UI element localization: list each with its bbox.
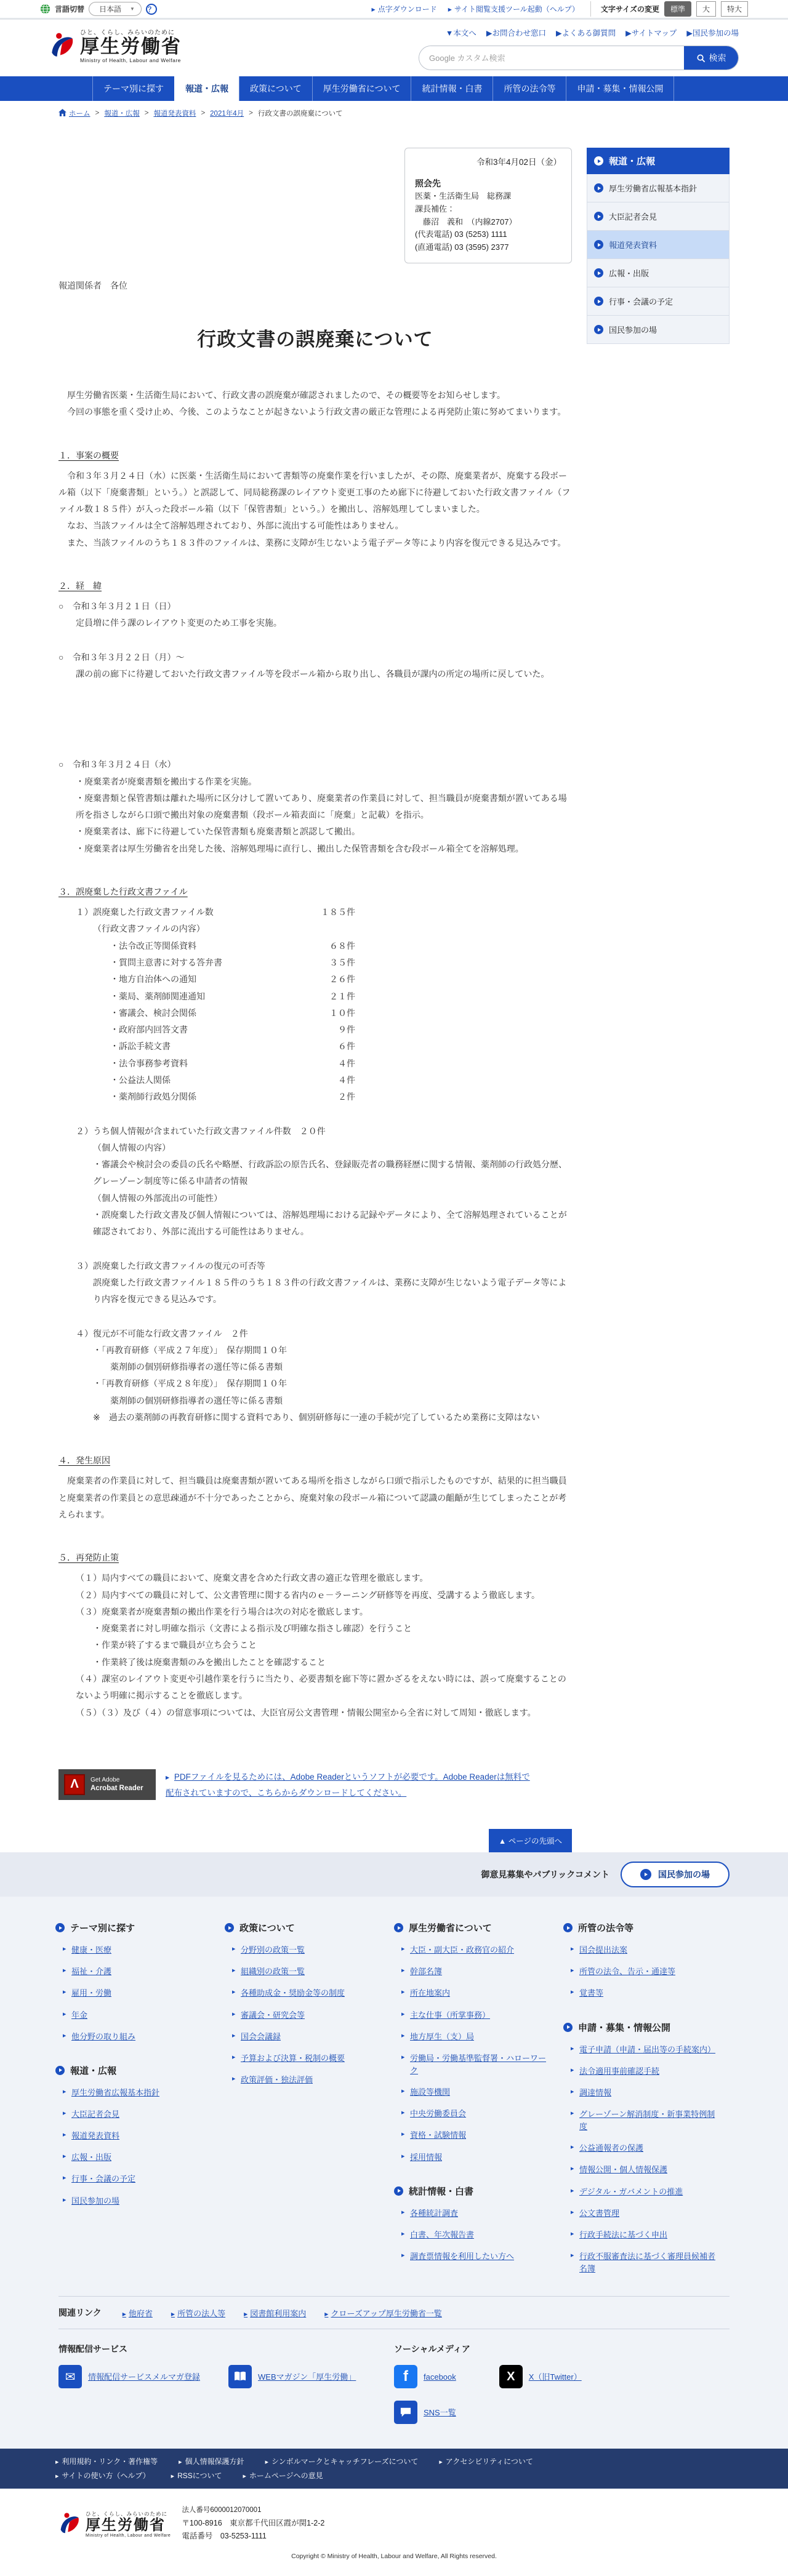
body-paragraph: なお、当該ファイルは全て溶解処理されており、外部に流出する可能性はありません。 xyxy=(58,518,572,534)
search-button-label: 検索 xyxy=(709,52,726,64)
adobe-badge-line1: Get Adobe xyxy=(90,1776,143,1784)
sidebar-item-label: 大臣記者会見 xyxy=(609,210,657,222)
footer-link[interactable]: 調達情報 xyxy=(579,2087,720,2099)
font-size-button-標準[interactable]: 標準 xyxy=(664,1,691,17)
quick-link-3[interactable]: ▶サイトマップ xyxy=(625,27,677,38)
footer-link[interactable]: 所管の法令、告示・通達等 xyxy=(579,1966,720,1978)
legal-link[interactable]: ▶シンボルマークとキャッチフレーズについて xyxy=(265,2456,419,2466)
breadcrumb-label: 2021年4月 xyxy=(210,108,244,118)
body-paragraph: 薬剤師の個別研修指導者の選任等に係る書類 xyxy=(58,1393,572,1409)
font-size-label: 文字サイズの変更 xyxy=(601,4,659,14)
nav-tab-1[interactable]: 報道・広報 xyxy=(174,76,239,101)
footer-link[interactable]: 行政不服審査法に基づく審理員候補者名簿 xyxy=(579,2250,720,2275)
sidebar-title: 報道・広報 xyxy=(609,154,655,167)
section-1: ２．経 緯○ 令和３年３月２１日（日）定員増に伴う課のレイアウト変更のため工事を… xyxy=(58,580,572,857)
globe-icon xyxy=(40,4,50,14)
footer-link[interactable]: 政策評価・独法評価 xyxy=(241,2074,382,2086)
file-count-value: ３５件 xyxy=(329,954,355,971)
body-paragraph: ・「再教育研修（平成２７年度）」 保存期間１０年 xyxy=(58,1342,572,1359)
main-article: 令和3年4月02日（金） 照会先 医薬・生活衛生局 総務課課長補佐： 藤沼 義和… xyxy=(58,148,572,1852)
public-comment-band: 御意見募集やパブリックコメント 国民参加の場 xyxy=(0,1852,788,1897)
breadcrumb-link-1[interactable]: 報道・広報 xyxy=(104,108,140,118)
arrow-right-icon: ▶ xyxy=(265,2460,268,2465)
header-quick-links: ▼本文へ▶お問合わせ窓口▶よくある御質問▶サイトマップ▶国民参加の場 xyxy=(394,27,739,38)
legal-link-label: ホームページへの意見 xyxy=(249,2471,323,2480)
body-paragraph: ・誤廃棄した行政文書及び個人情報については、溶解処理場における記録やデータにより… xyxy=(58,1207,572,1241)
footer-group: 統計情報・白書各種統計調査白書、年次報告書調査票情報を利用したい方へ xyxy=(394,2185,551,2263)
body-paragraph: ・廃棄業者は、廊下に待避していた保管書類も廃棄書類と誤認して搬出。 xyxy=(58,823,572,840)
legal-link[interactable]: ▶サイトの使い方（ヘルプ） xyxy=(55,2470,150,2481)
footer-group-heading[interactable]: 申請・募集・情報公開 xyxy=(563,2021,720,2034)
page-title: 行政文書の誤廃棄について xyxy=(58,324,572,351)
footer-link[interactable]: 調査票情報を利用したい方へ xyxy=(410,2250,551,2263)
mhlw-logo[interactable]: ひと、くらし、みらいのために 厚生労働省 Ministry of Health,… xyxy=(49,27,182,63)
footer-link[interactable]: 国会提出法案 xyxy=(579,1944,720,1956)
section-heading: ４．発生原因 xyxy=(58,1454,572,1466)
footer-link[interactable]: 予算および決算・税制の概要 xyxy=(241,2052,382,2065)
file-count-row: ・公益法人関係４件 xyxy=(58,1072,355,1089)
sns-icon xyxy=(394,2401,417,2424)
public-participation-label: 国民参加の場 xyxy=(658,1868,710,1881)
play-circle-icon xyxy=(394,2186,403,2196)
footer-link[interactable]: 組織別の政策一覧 xyxy=(241,1966,382,1978)
breadcrumb-link-2[interactable]: 報道発表資料 xyxy=(153,108,196,118)
nav-tab-5[interactable]: 所管の法令等 xyxy=(492,76,566,101)
legal-link-label: サイトの使い方（ヘルプ） xyxy=(62,2471,150,2480)
file-count-row: ・審議会、検討会関係１０件 xyxy=(58,1005,355,1022)
public-participation-button[interactable]: 国民参加の場 xyxy=(621,1862,730,1887)
related-link-0[interactable]: ▶他府省 xyxy=(123,2307,153,2319)
legal-link-label: RSSについて xyxy=(177,2471,222,2480)
footer-link[interactable]: 採用情報 xyxy=(410,2151,551,2164)
social-grid: ffacebookXX（旧Twitter） xyxy=(394,2365,730,2388)
sidebar-header[interactable]: 報道・広報 xyxy=(587,148,730,174)
play-circle-icon xyxy=(225,1923,234,1932)
arrow-right-icon: ▶ xyxy=(625,29,632,38)
play-circle-icon xyxy=(55,2066,65,2075)
footer-link[interactable]: 幹部名簿 xyxy=(410,1966,551,1978)
breadcrumb-separator: > xyxy=(145,110,149,117)
contact-line-1: 課長補佐： xyxy=(415,203,561,216)
breadcrumb: ホーム>報道・広報>報道発表資料>2021年4月>行政文書の誤廃棄について xyxy=(58,108,730,118)
section-0: １．事案の概要 令和３年３月２４日（水）に医薬・生活衛生局において書類等の廃棄作… xyxy=(58,449,572,551)
footer-link[interactable]: 情報公開・個人情報保護 xyxy=(579,2164,720,2176)
body-paragraph: （４）課室のレイアウト変更や引越作業を行うに当たり、必要書類を廊下等に置かざるを… xyxy=(58,1671,572,1705)
footer-column-2: 厚生労働省について大臣・副大臣・政務官の紹介幹部名簿所在地案内主な仕事（所掌事務… xyxy=(394,1921,563,2296)
play-circle-icon xyxy=(55,1923,65,1932)
logo-title: 厚生労働省 xyxy=(86,2518,171,2534)
facebook-icon: f xyxy=(394,2365,417,2388)
legal-links-row-1: ▶サイトの使い方（ヘルプ）▶RSSについて▶ホームページへの意見 xyxy=(55,2468,733,2482)
quick-link-2[interactable]: ▶よくある御質問 xyxy=(556,27,616,38)
arrow-right-icon: ▶ xyxy=(123,2311,126,2317)
address: 〒100-8916 東京都千代田区霞が関1-2-2 xyxy=(182,2517,324,2530)
file-count-row: ・訴訟手続文書６件 xyxy=(58,1038,355,1055)
arrow-right-icon: ▶ xyxy=(179,2460,182,2465)
spacer xyxy=(58,682,572,756)
breadcrumb-label: ホーム xyxy=(69,108,90,118)
footer-link[interactable]: 地方厚生（支）局 xyxy=(410,2031,551,2043)
arrow-down-icon: ▼ xyxy=(446,29,453,38)
page-top-button[interactable]: ▲ ページの先頭へ xyxy=(489,1829,572,1852)
file-count-label: ・法令改正等関係資料 xyxy=(110,938,196,954)
footer-link[interactable]: 大臣・副大臣・政務官の紹介 xyxy=(410,1944,551,1956)
section-3: ４．発生原因 廃棄業者の作業員に対して、担当職員は廃棄書類が置いてある場所を指さ… xyxy=(58,1454,572,1523)
footer-link[interactable]: 労働局・労働基準監督署・ハローワーク xyxy=(410,2052,551,2077)
section-heading: ５．再発防止策 xyxy=(58,1551,572,1564)
file-count-value: ２１件 xyxy=(329,988,355,1005)
nav-tab-2[interactable]: 政策について xyxy=(239,76,312,101)
footer-group: 所管の法令等国会提出法案所管の法令、告示・通達等覚書等 xyxy=(563,1921,720,1999)
footer-link[interactable]: 厚生労働省広報基本指針 xyxy=(71,2087,212,2099)
help-icon[interactable]: ？ xyxy=(146,4,157,15)
mail-icon: ✉ xyxy=(58,2365,82,2388)
related-link-0-label: 他府省 xyxy=(129,2309,153,2318)
arrow-right-icon: ▶ xyxy=(171,2474,174,2479)
file-count-label: ・薬局、薬剤師関連通知 xyxy=(110,988,205,1005)
sidebar-item-label: 広報・出版 xyxy=(609,267,649,279)
related-link-2-label: 図書館利用案内 xyxy=(250,2309,306,2318)
footer-link[interactable]: 国会会議録 xyxy=(241,2031,382,2043)
footer-link[interactable]: 電子申請（申請・届出等の手続案内） xyxy=(579,2044,720,2056)
arrow-right-icon: ▶ xyxy=(166,1775,169,1780)
play-circle-icon xyxy=(640,1869,651,1880)
legal-link[interactable]: ▶アクセシビリティについて xyxy=(439,2456,533,2466)
file-count-row: ・法令改正等関係資料６８件 xyxy=(58,938,355,954)
font-size-button-特大[interactable]: 特大 xyxy=(721,1,748,17)
service-tile-1[interactable]: WEBマガジン「厚生労働」 xyxy=(228,2365,356,2388)
topbar-link-0[interactable]: ▶点字ダウンロード xyxy=(372,4,437,14)
file-count-row: ・地方自治体への通知２６件 xyxy=(58,971,355,988)
adobe-reader-download-link[interactable]: PDFファイルを見るためには、Adobe Readerというソフトが必要です。A… xyxy=(166,1772,530,1798)
body-paragraph: ３）誤廃棄した行政文書ファイルの復元の可否等 xyxy=(58,1258,572,1274)
top-utility-links: ▶点字ダウンロード▶サイト閲覧支援ツール起動（ヘルプ）文字サイズの変更標準大特大 xyxy=(372,1,748,17)
file-count-label: ・地方自治体への通知 xyxy=(110,971,196,988)
file-count-row: ・質問主意書に対する答弁書３５件 xyxy=(58,954,355,971)
footer-mhlw-logo: ひと、くらし、みらいのために 厚生労働省 Ministry of Health,… xyxy=(58,2510,171,2538)
footer-link[interactable]: 福祉・介護 xyxy=(71,1966,212,1978)
site-header: ひと、くらし、みらいのために 厚生労働省 Ministry of Health,… xyxy=(0,20,788,76)
footer-group-heading-label: 報道・広報 xyxy=(70,2064,116,2077)
site-search: 検索 xyxy=(419,46,739,70)
contact-line-0: 医薬・生活衛生局 総務課 xyxy=(415,190,561,203)
file-count-label: ・政府部内回答文書 xyxy=(110,1022,188,1038)
service-link-0[interactable]: 情報配信サービスメルマガ登録 xyxy=(88,2371,200,2383)
related-link-1-label: 所管の法人等 xyxy=(177,2309,225,2318)
section-heading: ２．経 緯 xyxy=(58,580,572,592)
breadcrumb-current: 行政文書の誤廃棄について xyxy=(258,108,343,118)
footer-link[interactable]: 公文書管理 xyxy=(579,2207,720,2220)
social-tile-facebook[interactable]: ffacebook xyxy=(394,2365,456,2388)
arrow-right-icon: ▶ xyxy=(55,2460,58,2465)
spacer xyxy=(58,1308,572,1326)
file-count-value: ６件 xyxy=(338,1038,355,1055)
arrow-right-icon: ▶ xyxy=(324,2311,328,2317)
legal-link[interactable]: ▶RSSについて xyxy=(171,2470,222,2481)
body-paragraph: 定員増に伴う課のレイアウト変更のため工事を実施。 xyxy=(58,615,572,631)
sidebar-item-5[interactable]: 国民参加の場 xyxy=(587,316,730,344)
global-nav: テーマ別に探す報道・広報政策について厚生労働省について統計情報・白書所管の法令等… xyxy=(0,76,788,101)
body-paragraph: 薬剤師の個別研修指導者の選任等に係る書類 xyxy=(58,1359,572,1375)
footer-link[interactable]: デジタル・ガバメントの推進 xyxy=(579,2186,720,2198)
related-link-3[interactable]: ▶クローズアップ厚生労働省一覧 xyxy=(324,2307,442,2319)
body-paragraph: ○ 令和３年３月２１日（日） xyxy=(58,598,572,615)
footer-link[interactable]: 審議会・研究会等 xyxy=(241,2009,382,2022)
sidebar-item-label: 行事・会議の予定 xyxy=(609,295,673,307)
file-count-label: ・質問主意書に対する答弁書 xyxy=(110,954,222,971)
intro-paragraph-0: 厚生労働省医薬・生活衛生局において、行政文書の誤廃棄が確認されましたので、その概… xyxy=(58,387,572,404)
language-select-value: 日本語 xyxy=(99,4,121,14)
footer-link[interactable]: 大臣記者会見 xyxy=(71,2108,212,2121)
chevron-down-icon: ▼ xyxy=(130,6,135,12)
footer-group-heading[interactable]: 厚生労働省について xyxy=(394,1921,551,1934)
public-comment-text: 御意見募集やパブリックコメント xyxy=(481,1868,609,1881)
footer-group-heading-label: 所管の法令等 xyxy=(578,1921,633,1934)
play-circle-icon xyxy=(594,212,603,221)
footer-link[interactable]: 健康・医療 xyxy=(71,1944,212,1956)
footer: テーマ別に探す健康・医療福祉・介護雇用・労働年金他分野の取り組み報道・広報厚生労… xyxy=(0,1897,788,2576)
info-services-heading: 情報配信サービス xyxy=(58,2343,394,2355)
contact-line-3: (代表電話) 03 (5253) 1111 xyxy=(415,228,561,241)
legal-link-label: シンボルマークとキャッチフレーズについて xyxy=(271,2457,418,2466)
footer-link[interactable]: 雇用・労働 xyxy=(71,1987,212,1999)
contact-box: 令和3年4月02日（金） 照会先 医薬・生活衛生局 総務課課長補佐： 藤沼 義和… xyxy=(404,148,572,263)
file-count-row: １）誤廃棄した行政文書ファイル数１８５件 xyxy=(58,904,355,921)
file-count-label: ・薬剤師行政処分関係 xyxy=(110,1089,196,1105)
related-link-1[interactable]: ▶所管の法人等 xyxy=(171,2307,225,2319)
footer-link[interactable]: 資格・試験情報 xyxy=(410,2129,551,2142)
sidebar-item-1[interactable]: 大臣記者会見 xyxy=(587,202,730,231)
footer-link[interactable]: 各種助成金・奨励金等の制度 xyxy=(241,1987,382,1999)
footer-link[interactable]: 行政手続法に基づく申出 xyxy=(579,2229,720,2241)
related-link-2[interactable]: ▶図書館利用案内 xyxy=(244,2307,306,2319)
footer-link[interactable]: 施設等機関 xyxy=(410,2086,551,2098)
footer-link[interactable]: グレーゾーン解消制度・新事業特例制度 xyxy=(579,2108,720,2133)
nav-tab-3[interactable]: 厚生労働省について xyxy=(312,76,411,101)
sidebar-item-4[interactable]: 行事・会議の予定 xyxy=(587,287,730,316)
topbar-link-1[interactable]: ▶サイト閲覧支援ツール起動（ヘルプ） xyxy=(448,4,579,14)
quick-link-4[interactable]: ▶国民参加の場 xyxy=(686,27,739,38)
mhlw-logo-mark-icon xyxy=(49,31,75,60)
body-paragraph: 令和３年３月２４日（水）に医薬・生活衛生局において書類等の廃棄作業を行いましたが… xyxy=(58,468,572,518)
footer-link[interactable]: 法令適用事前確認手続 xyxy=(579,2065,720,2078)
footer-group-heading-label: 厚生労働省について xyxy=(409,1921,492,1934)
footer-group: 厚生労働省について大臣・副大臣・政務官の紹介幹部名簿所在地案内主な仕事（所掌事務… xyxy=(394,1921,551,2164)
footer-group: 報道・広報厚生労働省広報基本指針大臣記者会見報道発表資料広報・出版行事・会議の予… xyxy=(55,2064,212,2207)
body-paragraph: ２）うち個人情報が含まれていた行政文書ファイル件数 ２０件 xyxy=(58,1123,572,1140)
body-paragraph: ４）復元が不可能な行政文書ファイル ２件 xyxy=(58,1326,572,1342)
quick-link-label: お問合わせ窓口 xyxy=(492,29,546,38)
social-tile-sns[interactable]: SNS一覧 xyxy=(394,2401,730,2424)
breadcrumb-label: 報道発表資料 xyxy=(153,108,196,118)
contact-line-4: (直通電話) 03 (3595) 2377 xyxy=(415,241,561,254)
related-link-3-label: クローズアップ厚生労働省一覧 xyxy=(331,2309,441,2318)
footer-group-heading[interactable]: 報道・広報 xyxy=(55,2064,212,2077)
sidebar: 報道・広報 厚生労働省広報基本指針大臣記者会見報道発表資料広報・出版行事・会議の… xyxy=(587,148,730,344)
footer-link[interactable]: 主な仕事（所掌事務） xyxy=(410,2009,551,2022)
body-paragraph: ・審議会や検討会の委員の氏名や略歴、行政訴訟の原告氏名、登録販売者の職務経歴に関… xyxy=(58,1156,572,1190)
footer-column-1: 政策について分野別の政策一覧組織別の政策一覧各種助成金・奨励金等の制度審議会・研… xyxy=(225,1921,394,2296)
legal-link[interactable]: ▶個人情報保護方針 xyxy=(179,2456,244,2466)
footer-column-3: 所管の法令等国会提出法案所管の法令、告示・通達等覚書等申請・募集・情報公開電子申… xyxy=(563,1921,733,2296)
body-paragraph: ○ 令和３年３月２２日（月）～ xyxy=(58,649,572,666)
section-2: ３．誤廃棄した行政文書ファイル１）誤廃棄した行政文書ファイル数１８５件（行政文書… xyxy=(58,886,572,1426)
related-links-label: 関連リンク xyxy=(58,2306,102,2319)
footer-group-heading[interactable]: 政策について xyxy=(225,1921,382,1934)
footer-link[interactable]: 白書、年次報告書 xyxy=(410,2229,551,2241)
play-circle-icon xyxy=(563,2023,573,2032)
logo-subtitle: Ministry of Health, Labour and Welfare xyxy=(86,2534,171,2538)
file-count-label: １）誤廃棄した行政文書ファイル数 xyxy=(76,904,214,921)
play-circle-icon xyxy=(594,183,603,193)
service-link-1[interactable]: WEBマガジン「厚生労働」 xyxy=(258,2371,356,2383)
play-circle-icon xyxy=(563,1923,573,1932)
file-count-value: ６８件 xyxy=(329,938,355,954)
adobe-reader-badge[interactable]: Λ Get Adobe Acrobat Reader xyxy=(58,1769,156,1800)
arrow-right-icon: ▶ xyxy=(171,2311,175,2317)
font-size-group: 文字サイズの変更標準大特大 xyxy=(590,1,748,17)
contact-heading: 照会先 xyxy=(415,177,561,190)
social-link-sns[interactable]: SNS一覧 xyxy=(424,2407,456,2419)
social-media: ソーシャルメディア ffacebookXX（旧Twitter）SNS一覧 xyxy=(394,2343,730,2424)
arrow-right-icon: ▶ xyxy=(439,2460,442,2465)
section-heading: ３．誤廃棄した行政文書ファイル xyxy=(58,886,572,898)
footer-link[interactable]: 覚書等 xyxy=(579,1987,720,1999)
social-tile-x[interactable]: XX（旧Twitter） xyxy=(499,2365,582,2388)
sidebar-item-2[interactable]: 報道発表資料 xyxy=(587,231,730,259)
footer-link[interactable]: 分野別の政策一覧 xyxy=(241,1944,382,1956)
play-circle-icon xyxy=(394,1923,403,1932)
file-count-value: ９件 xyxy=(338,1022,355,1038)
footer-group: 政策について分野別の政策一覧組織別の政策一覧各種助成金・奨励金等の制度審議会・研… xyxy=(225,1921,382,2086)
nav-tab-6[interactable]: 申請・募集・情報公開 xyxy=(566,76,674,101)
quick-link-label: サイトマップ xyxy=(632,29,677,38)
search-input[interactable] xyxy=(419,46,684,70)
language-select[interactable]: 日本語 ▼ xyxy=(89,2,142,16)
footer-group-heading[interactable]: テーマ別に探す xyxy=(55,1921,212,1934)
nav-tab-0[interactable]: テーマ別に探す xyxy=(92,76,174,101)
breadcrumb-link-0[interactable]: ホーム xyxy=(58,108,90,118)
body-paragraph: （３）廃棄業者が廃棄書類の搬出作業を行う場合は次の対応を徹底します。 xyxy=(58,1604,572,1620)
legal-links-row-0: ▶利用規約・リンク・著作権等▶個人情報保護方針▶シンボルマークとキャッチフレーズ… xyxy=(55,2454,733,2468)
adobe-badge-line2: Acrobat Reader xyxy=(90,1784,143,1793)
breadcrumb-separator: > xyxy=(249,110,253,117)
phone-number: 電話番号 03-5253-1111 xyxy=(182,2530,324,2543)
sidebar-item-label: 国民参加の場 xyxy=(609,324,657,335)
social-media-heading: ソーシャルメディア xyxy=(394,2343,730,2355)
spacer xyxy=(58,1241,572,1258)
social-link-x[interactable]: X（旧Twitter） xyxy=(529,2371,582,2383)
sidebar-item-label: 厚生労働省広報基本指針 xyxy=(609,182,697,194)
footer-link[interactable]: 行事・会議の予定 xyxy=(71,2173,212,2185)
sidebar-item-0[interactable]: 厚生労働省広報基本指針 xyxy=(587,174,730,202)
arrow-right-icon: ▶ xyxy=(686,29,693,38)
body-paragraph: ・廃棄業者に対し明確な指示（文書による指示及び明確な指さし確認）を行うこと xyxy=(58,1620,572,1637)
body-paragraph: 課の前の廊下に待避しておいた行政文書ファイル等を段ボール箱から取り出し、各職員が… xyxy=(58,666,572,682)
service-tile-0[interactable]: ✉情報配信サービスメルマガ登録 xyxy=(58,2365,200,2388)
corporate-number: 法人番号6000012070001 xyxy=(182,2505,324,2517)
quick-link-1[interactable]: ▶お問合わせ窓口 xyxy=(486,27,546,38)
legal-link-label: 利用規約・リンク・著作権等 xyxy=(62,2457,158,2466)
footer-link[interactable]: 国民参加の場 xyxy=(71,2195,212,2207)
file-count-value: ２件 xyxy=(338,1089,355,1105)
footer-link[interactable]: 中央労働委員会 xyxy=(410,2108,551,2120)
sidebar-item-label: 報道発表資料 xyxy=(609,239,657,250)
logo-tagline: ひと、くらし、みらいのために xyxy=(86,2510,171,2518)
file-count-row: ・法令事務参考資料４件 xyxy=(58,1055,355,1072)
footer-group-heading[interactable]: 統計情報・白書 xyxy=(394,2185,551,2198)
legal-link[interactable]: ▶ホームページへの意見 xyxy=(243,2470,323,2481)
play-circle-icon xyxy=(594,268,603,278)
logo-subtitle: Ministry of Health, Labour and Welfare xyxy=(80,57,182,63)
footer-link[interactable]: 各種統計調査 xyxy=(410,2207,551,2220)
footer-link[interactable]: 公益通報者の保護 xyxy=(579,2142,720,2154)
legal-link[interactable]: ▶利用規約・リンク・著作権等 xyxy=(55,2456,158,2466)
breadcrumb-link-3[interactable]: 2021年4月 xyxy=(210,108,244,118)
spacer xyxy=(58,1106,572,1123)
file-count-value: １０件 xyxy=(329,1005,355,1022)
play-circle-icon xyxy=(594,240,603,249)
body-paragraph: ・「再教育研修（平成２８年度）」 保存期間１０年 xyxy=(58,1375,572,1392)
social-link-facebook[interactable]: facebook xyxy=(424,2371,456,2383)
footer-group: 申請・募集・情報公開電子申請（申請・届出等の手続案内）法令適用事前確認手続調達情… xyxy=(563,2021,720,2276)
file-count-value: １８５件 xyxy=(321,904,355,921)
footer-link[interactable]: 他分野の取り組み xyxy=(71,2031,212,2043)
file-count-row: ・薬剤師行政処分関係２件 xyxy=(58,1089,355,1105)
body-paragraph: ※ 過去の薬剤師の再教育研修に関する資料であり、個別研修毎に一連の手続が完了して… xyxy=(58,1409,572,1426)
info-services: 情報配信サービス ✉情報配信サービスメルマガ登録WEBマガジン「厚生労働」 xyxy=(58,2343,394,2424)
quick-link-0[interactable]: ▼本文へ xyxy=(446,27,476,38)
footer-group-heading[interactable]: 所管の法令等 xyxy=(563,1921,720,1934)
mhlw-logo-mark-icon xyxy=(58,2511,81,2537)
footer-link[interactable]: 報道発表資料 xyxy=(71,2130,212,2142)
footer-column-0: テーマ別に探す健康・医療福祉・介護雇用・労働年金他分野の取り組み報道・広報厚生労… xyxy=(55,1921,225,2296)
body-paragraph: （個人情報の内容） xyxy=(58,1140,572,1156)
pdf-note: Λ Get Adobe Acrobat Reader ▶ PDFファイルを見るた… xyxy=(58,1769,572,1801)
logo-title: 厚生労働省 xyxy=(80,36,182,57)
nav-tab-4[interactable]: 統計情報・白書 xyxy=(411,76,492,101)
search-button[interactable]: 検索 xyxy=(684,46,738,70)
footer-link[interactable]: 所在地案内 xyxy=(410,1987,551,1999)
arrow-right-icon: ▶ xyxy=(556,29,562,38)
file-count-value: ４件 xyxy=(338,1072,355,1089)
sidebar-item-3[interactable]: 広報・出版 xyxy=(587,259,730,287)
article-intro: 厚生労働省医薬・生活衛生局において、行政文書の誤廃棄が確認されましたので、その概… xyxy=(58,387,572,421)
footer-group-heading-label: 申請・募集・情報公開 xyxy=(578,2021,670,2034)
legal-link-label: アクセシビリティについて xyxy=(446,2457,533,2466)
file-count-value: ２６件 xyxy=(329,971,355,988)
font-size-button-大[interactable]: 大 xyxy=(696,1,716,17)
language-switch-label: 言語切替 xyxy=(55,4,84,14)
footer-link[interactable]: 年金 xyxy=(71,2009,212,2022)
file-count-row: ・薬局、薬剤師関連通知２１件 xyxy=(58,988,355,1005)
play-circle-icon xyxy=(594,297,603,306)
footer-link[interactable]: 広報・出版 xyxy=(71,2151,212,2164)
arrow-right-icon: ▶ xyxy=(244,2311,247,2317)
breadcrumb-separator: > xyxy=(201,110,205,117)
body-paragraph: （２）局内すべての職員に対して、公文書管理に関する省内のｅ－ラーニング研修等を再… xyxy=(58,1587,572,1604)
breadcrumb-separator: > xyxy=(95,110,100,117)
copyright: Copyright © Ministry of Health, Labour a… xyxy=(0,2543,788,2569)
body-paragraph: （５）（３）及び（４）の留意事項については、大臣官房公文書管理・情報公開室から全… xyxy=(58,1705,572,1721)
magazine-icon xyxy=(228,2365,252,2388)
footer-group-heading-label: 政策について xyxy=(239,1921,295,1934)
spacer xyxy=(58,632,572,649)
arrow-right-icon: ▶ xyxy=(448,7,452,12)
body-paragraph: ・廃棄書類と保管書類は離れた場所に区分けして置いてあり、廃棄業者の作業員に対して… xyxy=(58,790,572,824)
search-icon xyxy=(696,54,706,63)
arrow-right-icon: ▶ xyxy=(243,2474,246,2479)
